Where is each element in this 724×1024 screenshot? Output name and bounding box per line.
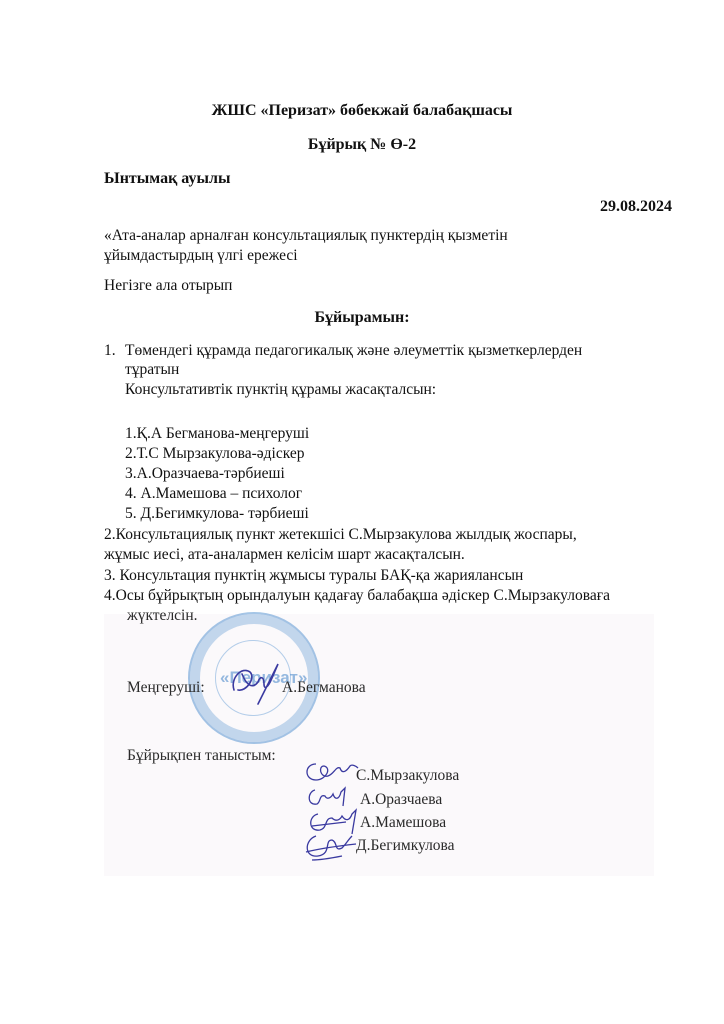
- subject-line-2: ұйымдастырдың үлгі ережесі: [104, 246, 298, 266]
- member-5: 5. Д.Бегимкулова- тәрбиеші: [125, 504, 309, 524]
- member-1: 1.Қ.А Бегманова-меңгеруші: [125, 424, 309, 444]
- item-number: 1.: [104, 341, 116, 361]
- order-date: 29.08.2024: [600, 197, 672, 217]
- acknowledged-name-4: Д.Бегимкулова: [356, 836, 455, 856]
- head-name: А.Бегманова: [282, 678, 366, 698]
- point-3: 3. Консультация пунктің жұмысы туралы БА…: [104, 566, 523, 586]
- village-name: Ынтымақ ауылы: [104, 169, 230, 189]
- item-1-line-1: Төмендегі құрамда педагогикалық және әле…: [125, 341, 582, 361]
- order-number: Бұйрық № Ө-2: [0, 135, 724, 155]
- acknowledged-name-1: С.Мырзакулова: [356, 766, 459, 786]
- point-4-line-2: жүктелсін.: [127, 606, 198, 626]
- head-label: Меңгеруші:: [127, 678, 205, 698]
- acknowledged-name-2: А.Оразчаева: [360, 790, 442, 810]
- point-4-line-1: 4.Осы бұйрықтың орындалуын қадағау балаб…: [104, 586, 610, 606]
- head-signature-icon: [228, 660, 284, 706]
- signature-2-icon: [305, 784, 353, 810]
- item-1-line-3: Консультативтік пунктің құрамы жасақталс…: [125, 380, 436, 400]
- member-3: 3.А.Оразчаева-тәрбиеші: [125, 464, 285, 484]
- signature-4-icon: [302, 830, 360, 862]
- point-2-line-2: жұмыс иесі, ата-аналармен келісім шарт ж…: [104, 545, 465, 565]
- signature-1-icon: [302, 758, 360, 786]
- organization-title: ЖШС «Перизат» бөбекжай балабақшасы: [0, 101, 724, 121]
- order-heading: Бұйырамын:: [0, 308, 724, 328]
- member-2: 2.Т.С Мырзакулова-әдіскер: [125, 444, 305, 464]
- subject-line-1: «Ата-аналар арналған консультациялық пун…: [104, 226, 508, 246]
- point-2-line-1: 2.Консультациялық пункт жетекшісі С.Мырз…: [104, 525, 577, 545]
- acknowledged-name-3: А.Мамешова: [360, 813, 446, 833]
- item-1-line-2: тұратын: [125, 360, 179, 380]
- basis-text: Негізге ала отырып: [104, 276, 232, 296]
- member-4: 4. А.Мамешова – психолог: [125, 484, 302, 504]
- acknowledged-label: Бұйрықпен таныстым:: [127, 746, 276, 766]
